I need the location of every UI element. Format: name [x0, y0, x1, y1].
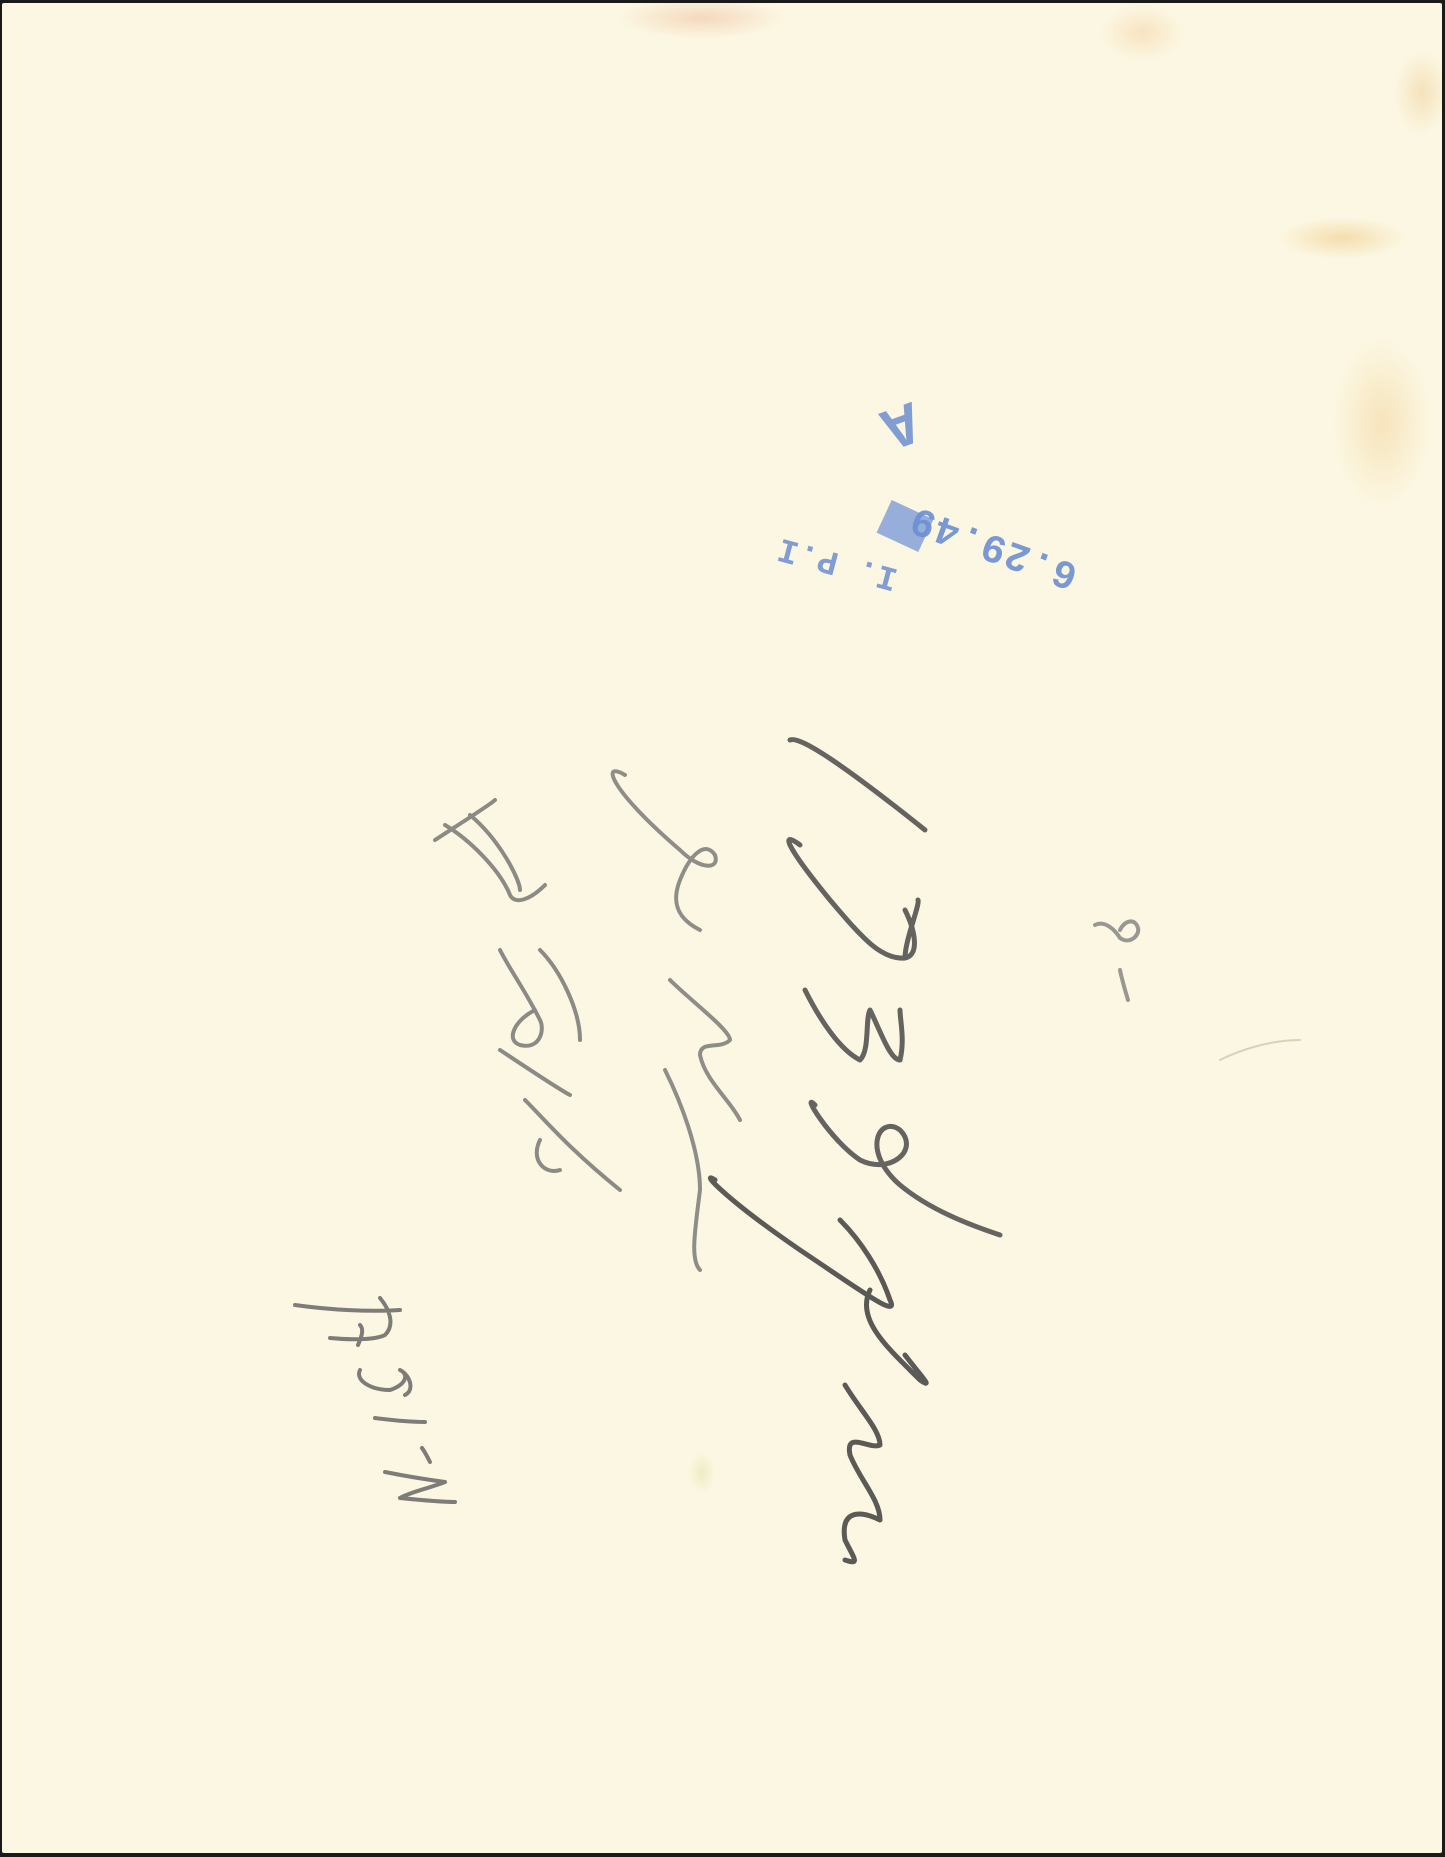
pencil-handwriting: [0, 0, 1445, 1857]
paper-crease: [1220, 1040, 1300, 1060]
handwriting-2nd: [613, 771, 740, 1270]
handwriting-page-mark: [1095, 921, 1138, 1000]
handwriting-jan: [710, 1178, 926, 1562]
handwriting-1238: [789, 740, 1000, 1235]
handwriting-signature: [435, 800, 620, 1190]
handwriting-catalog-code: [295, 1298, 455, 1502]
